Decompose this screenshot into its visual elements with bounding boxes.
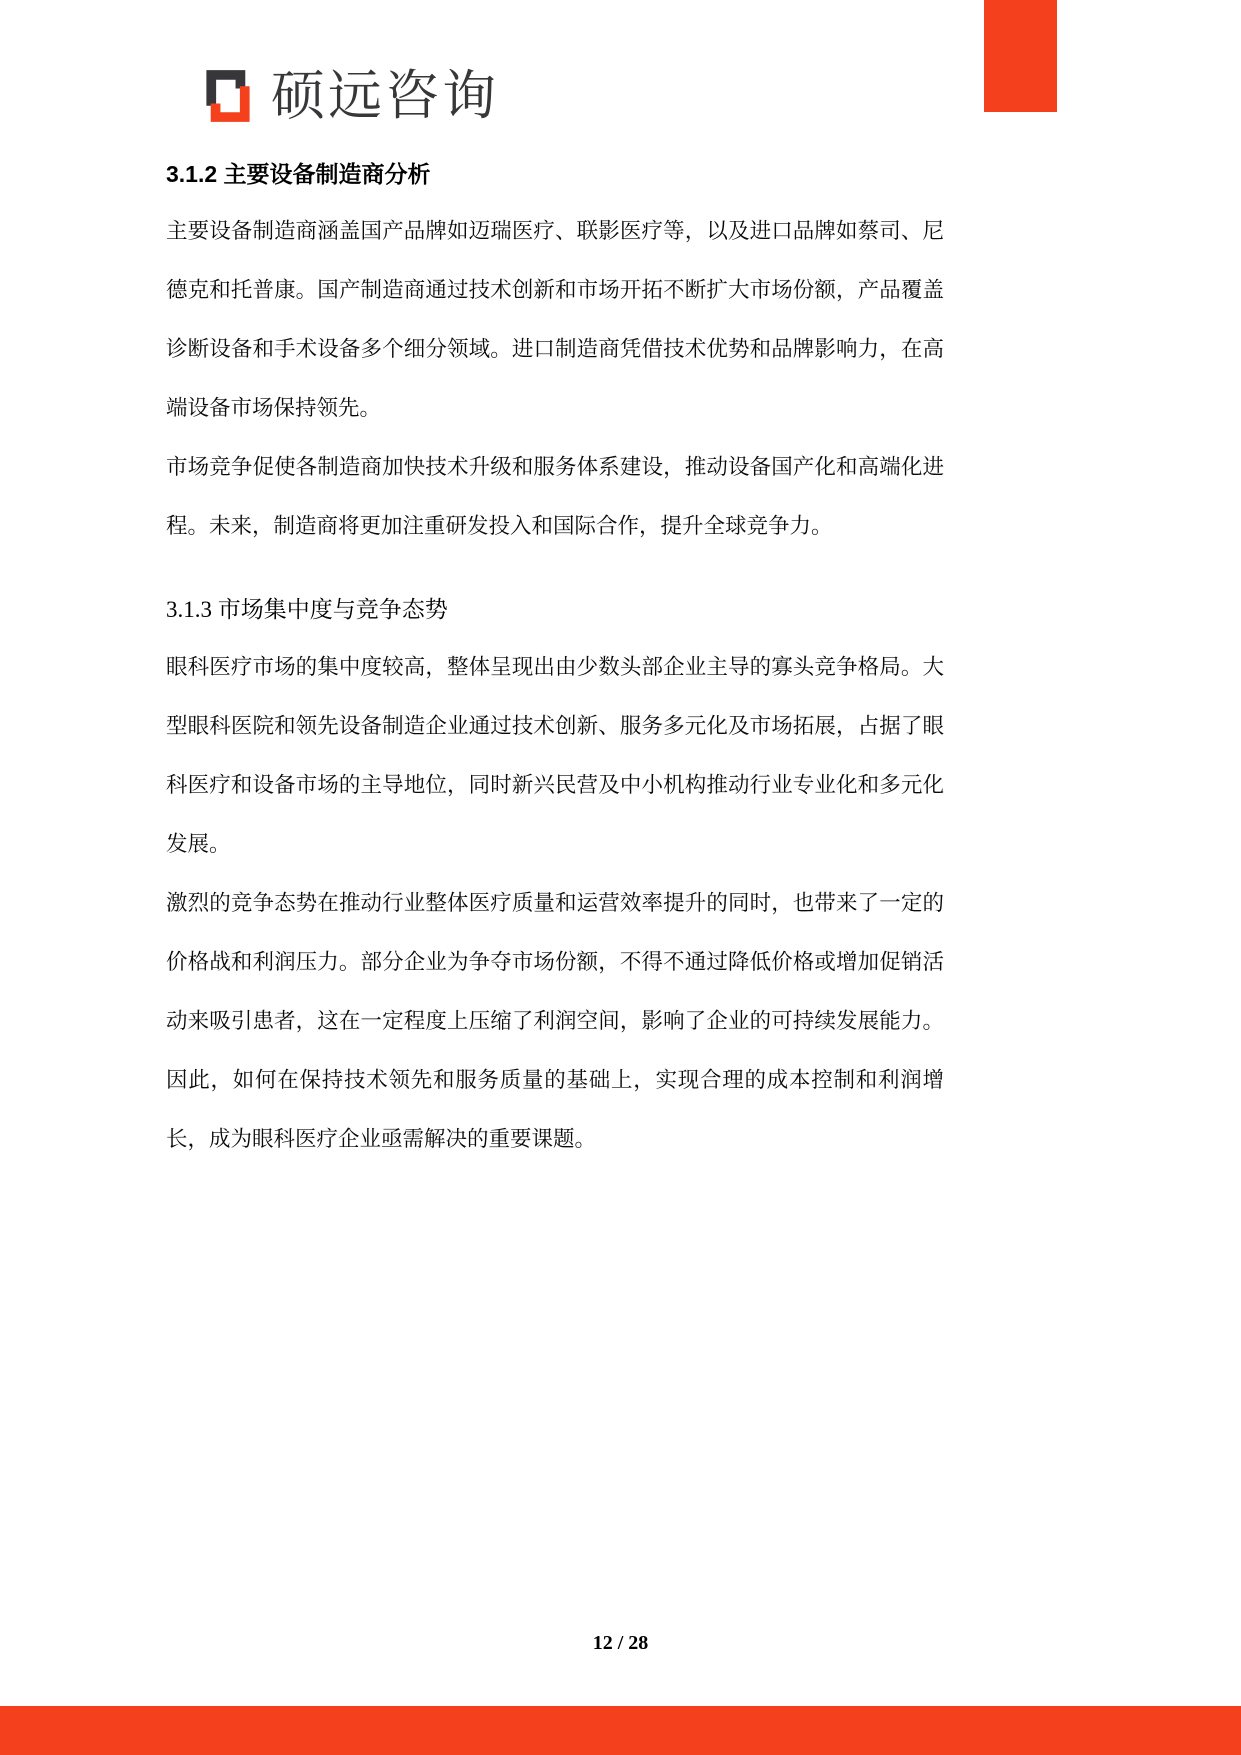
company-logo-text: 硕远咨询 — [271, 69, 499, 123]
footer-accent-bar — [0, 1706, 1241, 1755]
report-page: 硕远咨询 3.1.2 主要设备制造商分析 主要设备制造商涵盖国产品牌如迈瑞医疗、… — [0, 0, 1241, 1755]
paragraph: 眼科医疗市场的集中度较高，整体呈现出由少数头部企业主导的寡头竞争格局。大型眼科医… — [166, 638, 944, 874]
section-heading-3-1-3: 3.1.3 市场集中度与竞争态势 — [166, 594, 944, 626]
interlocked-brackets-icon — [201, 64, 255, 128]
top-right-accent-block — [984, 0, 1057, 112]
page-number: 12 / 28 — [0, 1632, 1241, 1655]
paragraph: 激烈的竞争态势在推动行业整体医疗质量和运营效率提升的同时，也带来了一定的价格战和… — [166, 874, 944, 1169]
section-heading-3-1-2: 3.1.2 主要设备制造商分析 — [166, 158, 944, 190]
brand-header: 硕远咨询 — [201, 64, 499, 128]
paragraph: 市场竞争促使各制造商加快技术升级和服务体系建设，推动设备国产化和高端化进程。未来… — [166, 438, 944, 556]
paragraph: 主要设备制造商涵盖国产品牌如迈瑞医疗、联影医疗等，以及进口品牌如蔡司、尼德克和托… — [166, 202, 944, 438]
document-body: 3.1.2 主要设备制造商分析 主要设备制造商涵盖国产品牌如迈瑞医疗、联影医疗等… — [166, 158, 944, 1169]
